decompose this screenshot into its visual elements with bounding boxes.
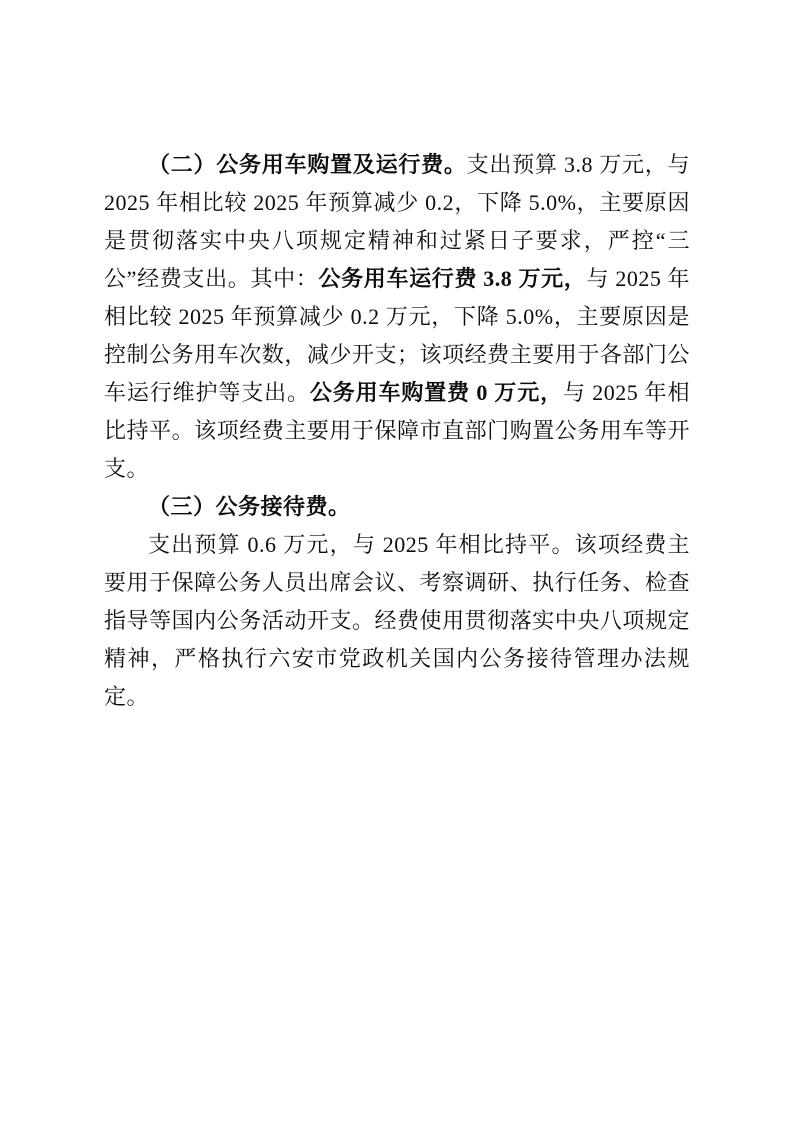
heading-section-2: （二）公务用车购置及运行费。: [148, 152, 467, 177]
document-content: （二）公务用车购置及运行费。支出预算 3.8 万元，与 2025 年相比较 20…: [104, 146, 690, 716]
paragraph-reception-heading: （三）公务接待费。: [104, 488, 690, 526]
heading-section-3: （三）公务接待费。: [148, 494, 351, 519]
text-run-vehicle-purchase-bold: 公务用车购置费 0 万元，: [310, 380, 563, 405]
paragraph-vehicle-expense: （二）公务用车购置及运行费。支出预算 3.8 万元，与 2025 年相比较 20…: [104, 146, 690, 488]
text-run: 支出预算 0.6 万元，与 2025 年相比持平。该项经费主要用于保障公务人员出…: [104, 532, 690, 709]
paragraph-reception-expense: 支出预算 0.6 万元，与 2025 年相比持平。该项经费主要用于保障公务人员出…: [104, 526, 690, 716]
text-run-vehicle-operation-bold: 公务用车运行费 3.8 万元，: [318, 266, 586, 291]
document-page: （二）公务用车购置及运行费。支出预算 3.8 万元，与 2025 年相比较 20…: [0, 0, 793, 1122]
